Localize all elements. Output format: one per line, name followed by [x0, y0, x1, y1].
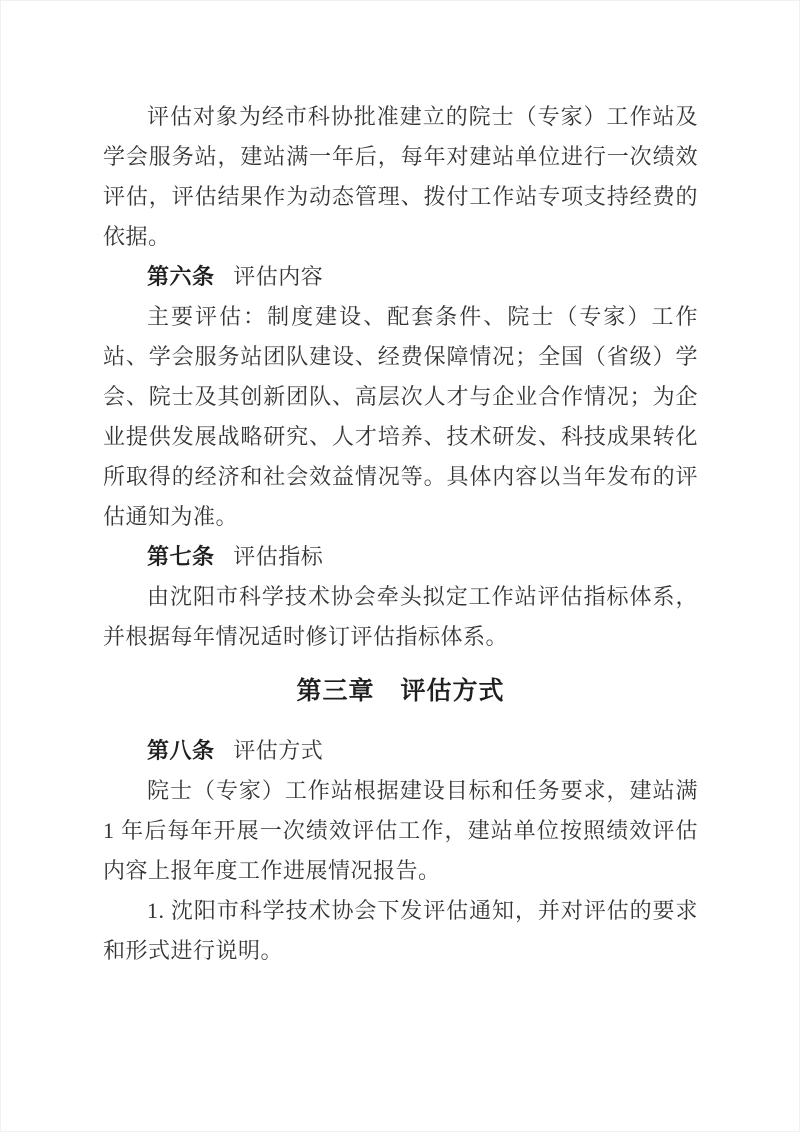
body-paragraph: 评估对象为经市科协批准建立的院士（专家）工作站及学会服务站，建站满一年后，每年对… [103, 97, 698, 257]
article-heading: 第六条评估内容 [103, 257, 698, 297]
article-heading: 第七条评估指标 [103, 537, 698, 577]
article-number: 第七条 [147, 544, 215, 569]
article-heading: 第八条评估方式 [103, 731, 698, 771]
article-title: 评估方式 [233, 738, 323, 763]
article-title: 评估指标 [233, 544, 323, 569]
article-number: 第八条 [147, 738, 215, 763]
document-page: 评估对象为经市科协批准建立的院士（专家）工作站及学会服务站，建站满一年后，每年对… [0, 0, 800, 1132]
body-paragraph: 院士（专家）工作站根据建设目标和任务要求，建站满 1 年后每年开展一次绩效评估工… [103, 771, 698, 891]
chapter-heading: 第三章 评估方式 [103, 671, 698, 711]
article-number: 第六条 [147, 264, 215, 289]
body-paragraph: 由沈阳市科学技术协会牵头拟定工作站评估指标体系，并根据每年情况适时修订评估指标体… [103, 577, 698, 657]
body-paragraph: 1. 沈阳市科学技术协会下发评估通知，并对评估的要求和形式进行说明。 [103, 891, 698, 971]
body-paragraph: 主要评估：制度建设、配套条件、院士（专家）工作站、学会服务站团队建设、经费保障情… [103, 297, 698, 537]
article-title: 评估内容 [233, 264, 323, 289]
